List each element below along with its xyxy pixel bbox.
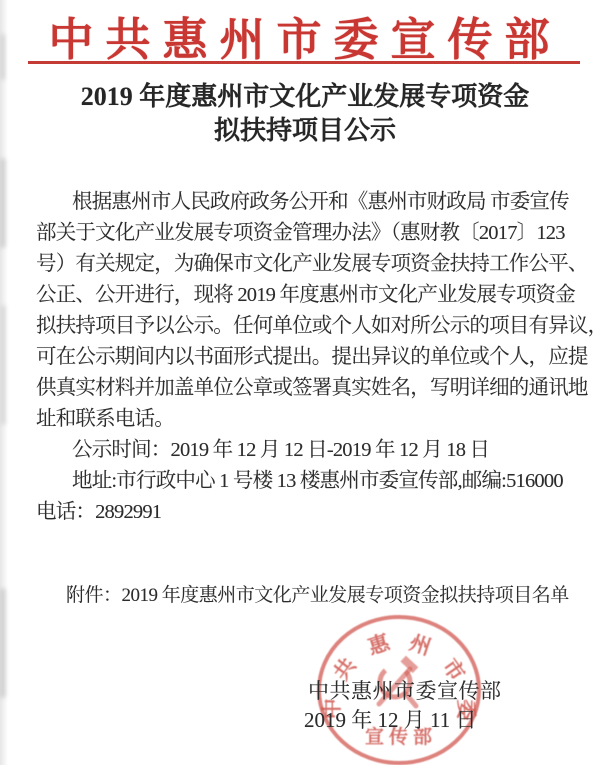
body-line: 可在公示期间内以书面形式提出。提出异议的单位或个人，应提 (36, 342, 582, 373)
scan-artifact (0, 158, 6, 248)
letterhead-title: 中共惠州市委宣传部 (0, 3, 610, 68)
letterhead-separator-rule (28, 61, 580, 64)
phone-line: 电话：2892991 (36, 497, 582, 528)
body-line: 根据惠州市人民政府政务公开和《惠州市财政局 市委宣传 (36, 187, 582, 218)
document-title-line1: 2019 年度惠州市文化产业发展专项资金 (0, 80, 610, 114)
signature-date: 2019 年 12 月 11 日 (304, 704, 476, 734)
body-line: 拟扶持项目予以公示。任何单位或个人如对所公示的项目有异议， (36, 311, 582, 342)
scan-artifact (0, 588, 6, 698)
scan-artifact (1, 305, 6, 425)
scan-artifact (1, 34, 5, 80)
signature-organization: 中共惠州市委宣传部 (308, 675, 502, 705)
body-line: 址和联系电话。 (36, 404, 582, 435)
body-line: 供真实材料并加盖单位公章或签署真实姓名，写明详细的通讯地 (36, 373, 582, 404)
publicity-period-line: 公示时间：2019 年 12 月 12 日-2019 年 12 月 18 日 (36, 435, 582, 466)
document-title: 2019 年度惠州市文化产业发展专项资金 拟扶持项目公示 (0, 80, 610, 148)
scanned-official-document: 中共惠州市委宣传部 2019 年度惠州市文化产业发展专项资金 拟扶持项目公示 根… (0, 0, 610, 765)
body-line: 号）有关规定，为确保市文化产业发展专项资金扶持工作公平、 (36, 249, 582, 280)
address-line: 地址:市行政中心 1 号楼 13 楼惠州市委宣传部,邮编:516000 (36, 466, 582, 497)
attachment-line: 附件：2019 年度惠州市文化产业发展专项资金拟扶持项目名单 (66, 580, 569, 607)
body-line: 部关于文化产业发展专项资金管理办法》（惠财教〔2017〕123 (36, 218, 582, 249)
body-line: 公正、公开进行，现将 2019 年度惠州市文化产业发展专项资金 (36, 280, 582, 311)
document-title-line2: 拟扶持项目公示 (0, 114, 610, 148)
body-text: 根据惠州市人民政府政务公开和《惠州市财政局 市委宣传 部关于文化产业发展专项资金… (36, 187, 582, 528)
